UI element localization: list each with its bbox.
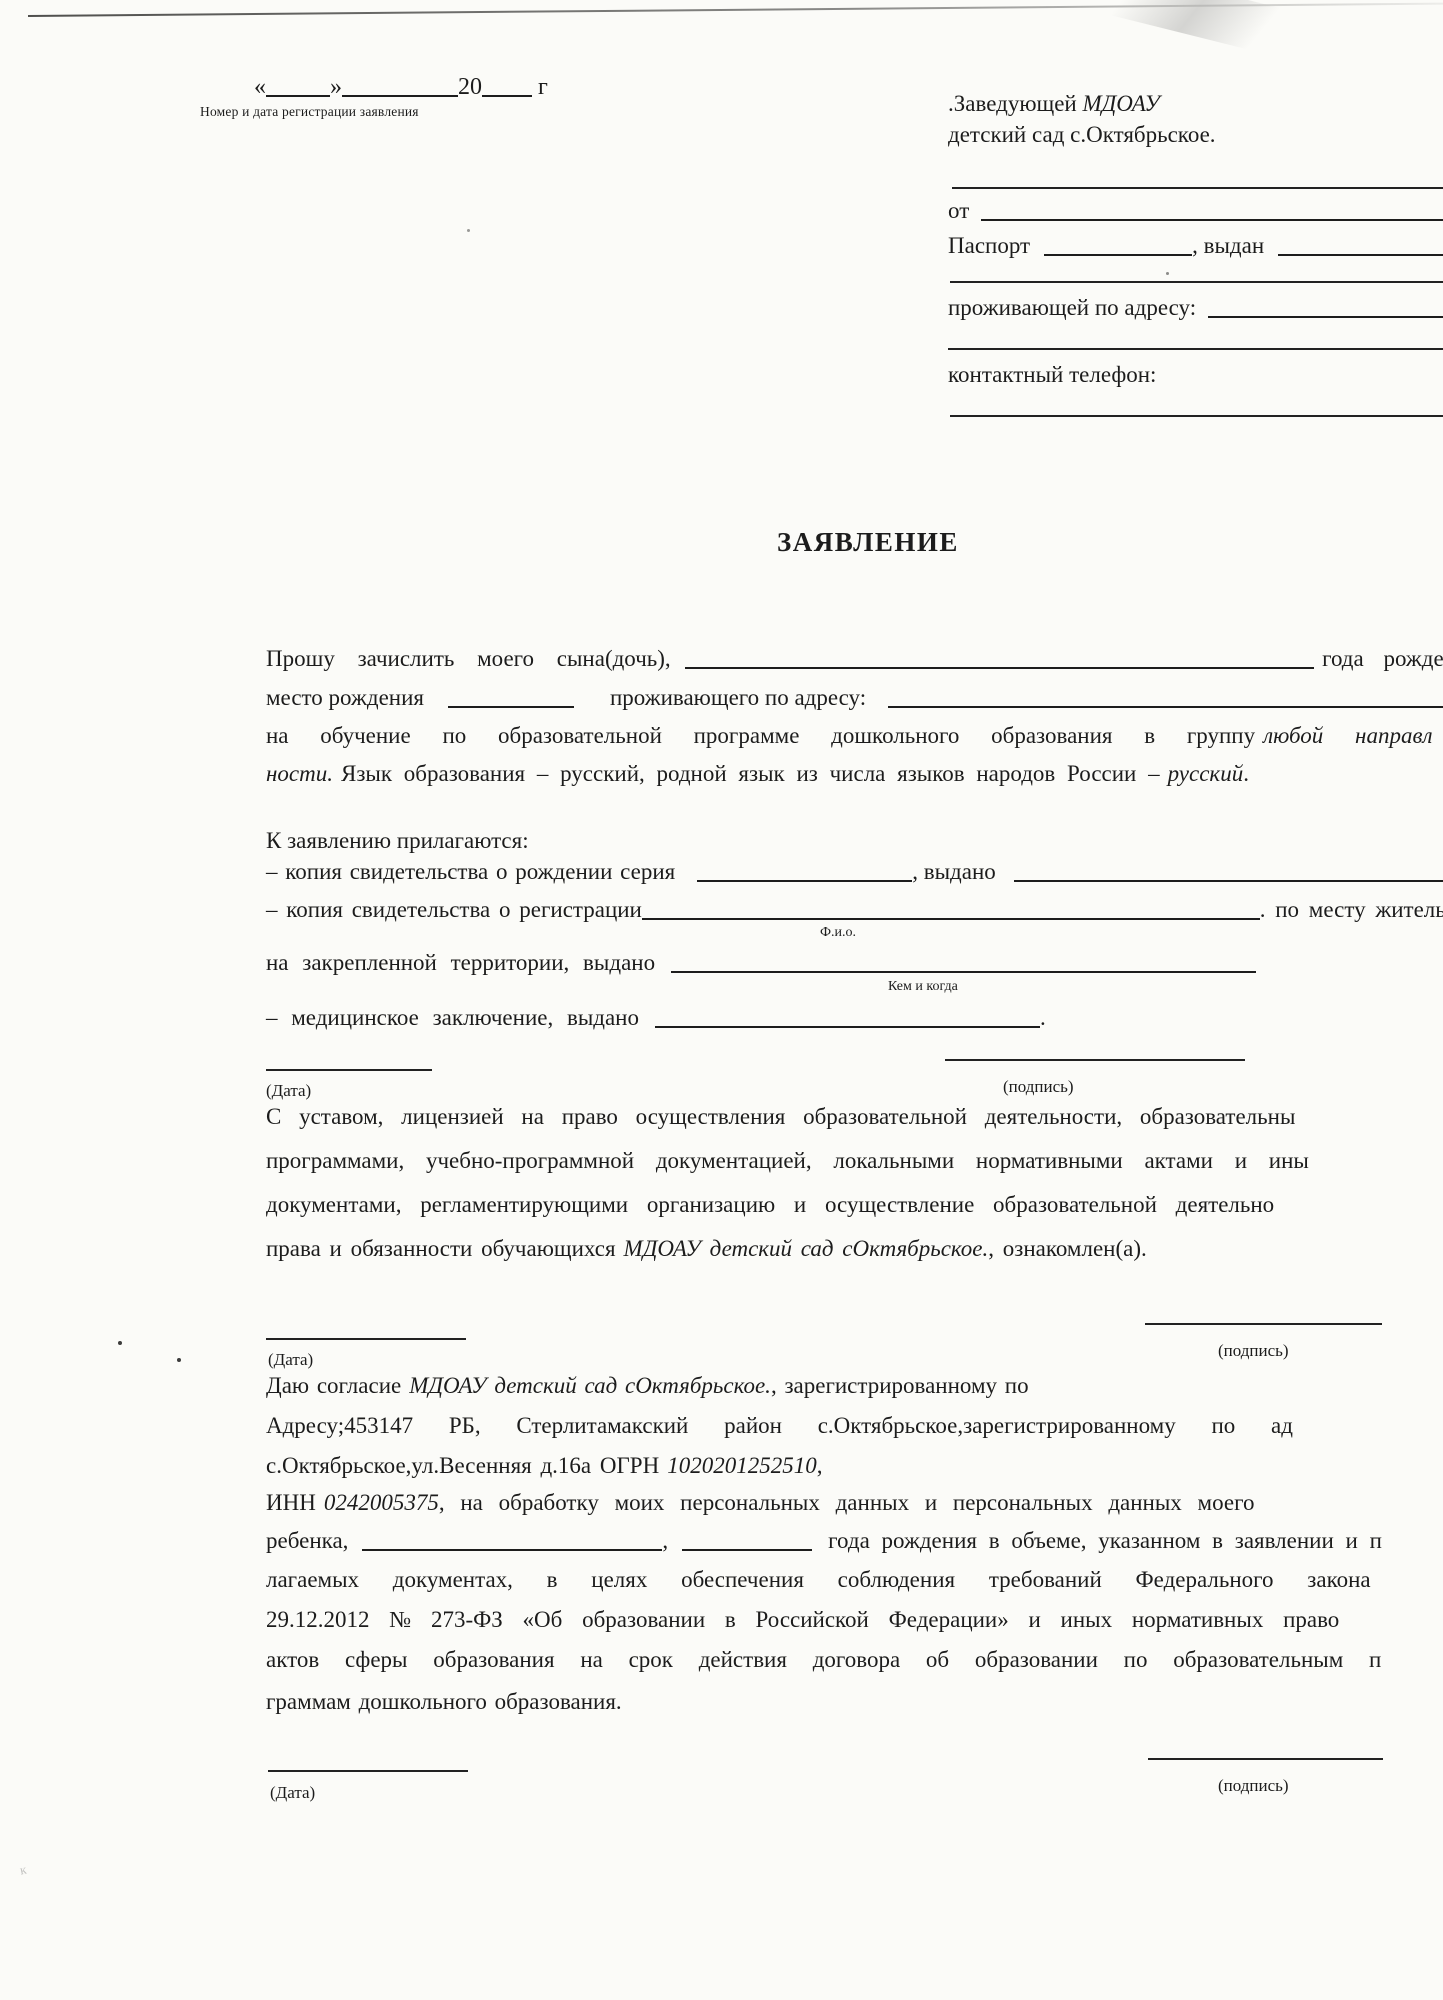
group-type-italic: любой направл	[1263, 723, 1432, 748]
request-line-1-label: Прошу зачислить моего сына(дочь),	[266, 645, 671, 674]
consent-line-9: граммам дошкольного образования.	[266, 1688, 622, 1717]
addressee-rule	[948, 348, 1443, 350]
ack-line-4: права и обязанности обучающихсяМДОАУ дет…	[266, 1235, 1147, 1264]
passport-issued-blank	[1278, 254, 1443, 256]
birthplace-blank	[448, 706, 574, 708]
phone-label: контактный телефон:	[948, 361, 1156, 390]
passport-label: Паспорт	[948, 232, 1030, 261]
consent-line-6: лагаемых документах, в целях обеспечения…	[266, 1566, 1371, 1595]
consent-line-3: с.Октябрьское,ул.Весенняя д.16а ОГРН1020…	[266, 1452, 822, 1481]
scan-noise-dot	[118, 1341, 122, 1345]
birth-cert-issued-blank	[1014, 880, 1443, 882]
request-line-1: Прошу зачислить моего сына(дочь), года р…	[266, 645, 1443, 674]
addressee-line-2: детский сад с.Октябрьское.	[948, 121, 1216, 150]
from-blank	[981, 219, 1443, 221]
attachment-medical-row: – медицинское заключение, выдано .	[266, 1004, 1443, 1033]
address-label: проживающей по адресу:	[948, 294, 1196, 323]
registration-date-line: « » 20 г	[254, 72, 554, 102]
sign-signature-line	[1145, 1323, 1382, 1325]
child-address-blank	[888, 706, 1443, 708]
child-name-blank	[362, 1549, 662, 1551]
registration-caption: Номер и дата регистрации заявления	[200, 104, 419, 120]
attachment-birth-certificate: – копия свидетельства о рождении серия ,…	[266, 858, 1443, 887]
addressee-from-row: от	[948, 197, 1443, 226]
language-italic: русский	[1168, 761, 1244, 786]
date-label: (Дата)	[268, 1350, 313, 1370]
organization-name-italic: МДОАУ детский сад сОктябрьское.	[409, 1373, 771, 1398]
scan-noise-dot	[177, 1358, 181, 1362]
addressee-passport-row: Паспорт , выдан	[948, 232, 1443, 261]
date-signature-line	[266, 1069, 432, 1071]
attachment-registration-certificate: – копия свидетельства о регистрации . по…	[266, 896, 1443, 925]
addressee-rule	[950, 415, 1443, 417]
ack-line-3: документами, регламентирующими организац…	[266, 1191, 1274, 1220]
birth-year-blank	[682, 1549, 812, 1551]
kem-i-kogda-caption: Кем и когда	[888, 979, 958, 995]
date-label: (Дата)	[270, 1783, 315, 1803]
consent-line-7: 29.12.2012 № 273-ФЗ «Об образовании в Ро…	[266, 1606, 1339, 1635]
date-signature-line	[266, 1338, 466, 1340]
child-name-blank	[685, 667, 1314, 669]
from-label: от	[948, 197, 969, 226]
page-title: ЗАЯВЛЕНИЕ	[777, 527, 959, 558]
addressee-rule	[950, 281, 1443, 283]
birth-cert-series-blank	[697, 880, 912, 882]
address-blank	[1208, 316, 1443, 318]
quote-close: »	[330, 72, 342, 102]
scan-noise-dot	[467, 229, 470, 232]
attachment-territory-row: на закрепленной территории, выдано	[266, 949, 1256, 978]
quote-open: «	[254, 72, 266, 102]
registration-year-prefix: 20	[458, 72, 482, 102]
addressee-line-1: .Заведующей МДОАУ	[948, 90, 1160, 119]
scan-noise-mark: к	[18, 1862, 28, 1879]
consent-line-2: Адресу;453147 РБ, Стерлитамакский район …	[266, 1412, 1293, 1441]
date-label: (Дата)	[266, 1081, 311, 1101]
registration-year-blank	[482, 95, 532, 97]
sign-label: (подпись)	[1218, 1341, 1289, 1361]
sign-signature-line	[1148, 1758, 1383, 1760]
consent-line-1: Даю согласиеМДОАУ детский сад сОктябрьск…	[266, 1372, 1029, 1401]
reg-cert-blank	[642, 918, 1260, 920]
registration-month-blank	[342, 95, 458, 97]
medical-issued-blank	[655, 1026, 1040, 1028]
date-signature-line	[268, 1770, 468, 1772]
ack-line-1: С уставом, лицензией на право осуществле…	[266, 1103, 1295, 1132]
ack-line-2: программами, учебно-программной документ…	[266, 1147, 1309, 1176]
organization-name-italic: МДОАУ детский сад сОктябрьское.	[624, 1236, 989, 1261]
registration-day-blank	[266, 95, 330, 97]
birthplace-label: место рождения	[266, 684, 424, 713]
addressee-rule	[952, 187, 1443, 189]
attachments-heading: К заявлению прилагаются:	[266, 827, 529, 856]
sign-label: (подпись)	[1218, 1776, 1289, 1796]
scanned-application-form: к « » 20 г Номер и дата регистрации заяв…	[0, 0, 1443, 2000]
request-line-4: ности.Язык образования – русский, родной…	[266, 760, 1249, 789]
consent-line-5: ребенка, , года рождения в объеме, указа…	[266, 1527, 1443, 1556]
scan-streak-artifact	[1112, 0, 1298, 59]
consent-line-4: ИНН0242005375, на обработку моих персона…	[266, 1489, 1254, 1518]
request-line-3: на обучение по образовательной программе…	[266, 722, 1432, 751]
scan-noise-dot	[1166, 272, 1169, 275]
organization-name: МДОАУ	[1082, 91, 1159, 116]
passport-number-blank	[1044, 254, 1192, 256]
fio-caption: Ф.и.о.	[820, 925, 856, 941]
request-line-1-tail: года рожден	[1322, 645, 1443, 674]
registration-year-letter: г	[538, 72, 548, 102]
passport-issued-label: , выдан	[1192, 232, 1264, 261]
request-line-2: место рождения проживающего по адресу:	[266, 684, 1443, 713]
sign-label: (подпись)	[1003, 1077, 1074, 1097]
ogrn-number-italic: 1020201252510	[667, 1453, 817, 1478]
residing-label: проживающего по адресу:	[610, 684, 866, 713]
inn-number-italic: 0242005375	[324, 1490, 439, 1515]
sign-signature-line	[945, 1059, 1245, 1061]
addressee-address-row: проживающей по адресу:	[948, 294, 1443, 323]
territory-issued-blank	[671, 971, 1256, 973]
consent-line-8: актов сферы образования на срок действия…	[266, 1646, 1381, 1675]
